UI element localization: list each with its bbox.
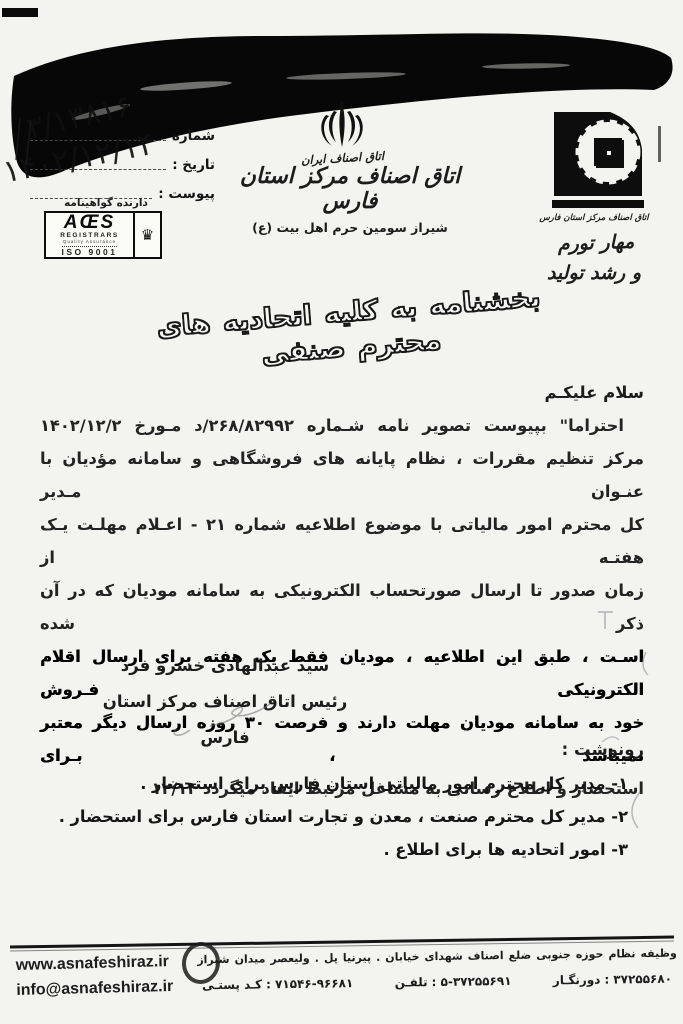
acs-registrars-logo: AŒS REGISTRARS Quality Assurance ISO 900… [46,213,133,257]
body-line: مرکز تنظیم مقررات ، نظام پایانه های فروش… [40,442,644,508]
scanned-letter-page: شماره تاریخ : پیوست : ۳/۱۳۸۱۶ ۱۴۰۲/۱۲/۱۴… [0,0,683,1024]
address-word: جنوبی [536,948,571,961]
quality-assurance-text: Quality Assurance [63,240,116,245]
cc-items: ۱- مدیر کل محترم امور مالیاتی استان فارس… [40,767,644,866]
address-word: حوزه [576,948,604,961]
org-name-main: اتاق اصناف مرکز استان فارس [222,164,478,214]
iso-9001-badge: AŒS REGISTRARS Quality Assurance ISO 900… [44,211,162,259]
address-word: . [376,951,380,964]
body-line: زمان صدور تا ارسال صورتحساب الکترونیکی ب… [40,574,644,640]
body-line: کل محترم امور مالیاتی با موضوع اطلاعیه ش… [40,508,644,574]
web-contact-block: www.asnafeshiraz.ir info@asnafeshiraz.ir [15,949,173,1003]
ref-number-label: شماره [172,128,215,144]
address-word: ولیعصر [270,952,310,966]
iran-emblem-icon [306,101,378,155]
guild-logo-icon [552,110,644,210]
address-word: ضلع [508,949,531,962]
cc-item: ۳- امور اتحادیه ها برای اطلاع . [40,833,628,866]
right-edge-scan-tick [658,126,661,162]
signatory-name: سید عبدالهادی خسرو فرد [90,648,360,684]
ref-date-label: تاریخ : [172,157,215,173]
phone-label: تلفـن [395,975,428,989]
signature-scribble [150,696,300,742]
address-word: پل [324,951,338,964]
certificate-note: دارنده گواهینامه [46,197,166,209]
cc-item: ۲- مدیر کل محترم صنعت ، معدن و تجارت است… [40,800,628,833]
fax-label: دورنگـار [553,973,601,988]
address-word: نظام [608,947,635,960]
cc-item: ۱- مدیر کل محترم امور مالیاتی استان فارس… [40,767,628,800]
address-word: اصناف [468,949,504,962]
postal-code-value: : ۷۱۵۴۶-۹۶۶۸۱ [266,976,353,991]
address-word: پیرنیا [343,951,371,964]
address-word: . [315,952,319,965]
address-word: خیابان [385,950,419,963]
fax-group: دورنگـار : ۳۷۲۵۵۶۸۰ [553,972,672,988]
phone-group: تلفـن : ۵-۳۷۲۵۵۶۹۱ [395,974,512,990]
city-motto: شیراز سومین حرم اهل بیت (ع) [243,220,457,235]
email-address: info@asnafeshiraz.ir [16,974,174,1003]
postal-code-group: کـد پستـی : ۷۱۵۴۶-۹۶۶۸۱ [202,976,353,992]
right-org-name-small: اتاق اصناف مرکز استان فارس [539,213,649,223]
salutation: سلام علیکـم [40,376,644,409]
address-word: شهدای [424,950,462,964]
body-line: احتراما" بپیوست تصویر نامه شـماره ۲۶۸/۸۲… [40,409,644,442]
phone-value: : ۵-۳۷۲۵۵۶۹۱ [432,974,512,989]
address-word: میدان [234,952,265,965]
cc-label: رونوشت : [40,740,644,759]
ref-attachment-label: پیوست : [158,186,215,202]
address-word: وظیفه [640,947,676,961]
iso-standard-text: ISO 9001 [62,246,118,257]
contact-line: کـد پستـی : ۷۱۵۴۶-۹۶۶۸۱ تلفـن : ۵-۳۷۲۵۵۶… [202,972,672,993]
acs-logo-text: AŒS [64,213,115,233]
slogan-line-1: مهار تورم [548,230,645,255]
fax-value: : ۳۷۲۵۵۶۸۰ [604,972,672,987]
ukas-crown-icon: ♛ [133,213,160,257]
cc-block: رونوشت : ۱- مدیر کل محترم امور مالیاتی ا… [40,740,644,866]
